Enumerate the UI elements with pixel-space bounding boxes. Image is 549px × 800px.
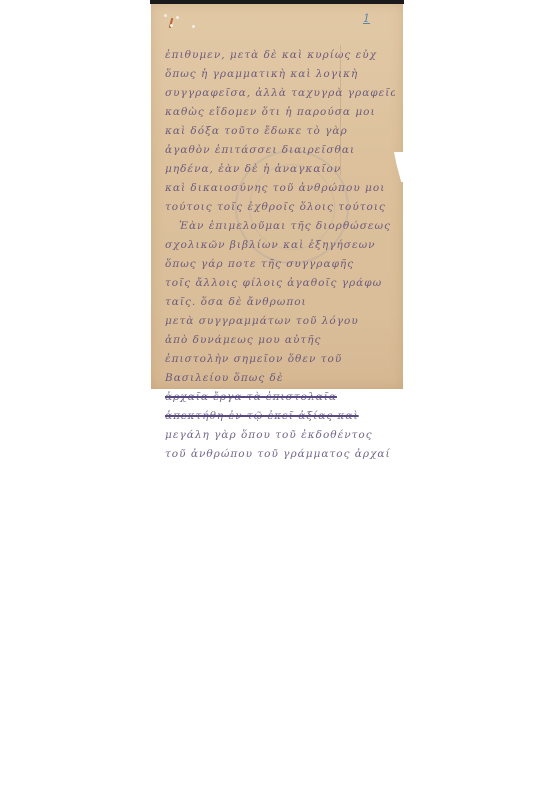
text-line: καὶ δικαιοσύνης τοῦ ἀνθρώπου μοι bbox=[165, 179, 395, 198]
text-line: τούτοις τοῖς ἐχθροῖς ὅλοις τούτοις bbox=[165, 198, 395, 217]
struck-text-line: ἀπεκτήθη ἐν τῷ ἐκεῖ ἀξίας καὶ bbox=[165, 407, 395, 426]
text-line: ταῖς. ὅσα δὲ ἄνθρωποι bbox=[165, 293, 395, 312]
text-line: Βασιλείου ὅπως δὲ bbox=[165, 369, 395, 388]
text-line: μεγάλη γὰρ ὅπου τοῦ ἐκδοθέντος bbox=[165, 426, 395, 445]
text-line: καθὼς εἴδομεν ὅτι ἡ παρούσα μοι bbox=[165, 103, 395, 122]
paper-speck bbox=[192, 25, 195, 28]
text-line: Ἐὰν ἐπιμελοῦμαι τῆς διορθώσεως bbox=[165, 217, 395, 236]
text-line: ὅπως γάρ ποτε τῆς συγγραφῆς bbox=[165, 255, 395, 274]
text-line: μετὰ συγγραμμάτων τοῦ λόγου bbox=[165, 312, 395, 331]
text-line: ἐπιστολὴν σημεῖον ὅθεν τοῦ bbox=[165, 350, 395, 369]
text-line: ὅπως ἡ γραμματικὴ καὶ λογικὴ bbox=[165, 65, 395, 84]
struck-text-line: ἀρχαῖα ἔργα τὰ ἐπιστολαῖα bbox=[165, 388, 395, 407]
paper-speck bbox=[164, 14, 167, 17]
text-line: μηδένα, ἐὰν δὲ ἡ ἀναγκαῖον bbox=[165, 160, 395, 179]
paper-speck bbox=[176, 16, 179, 19]
text-line: ἀγαθὸν ἐπιτάσσει διαιρεῖσθαι bbox=[165, 141, 395, 160]
text-line: τοῖς ἄλλοις φίλοις ἀγαθοῖς γράφω bbox=[165, 274, 395, 293]
text-line: σχολικῶν βιβλίων καὶ ἐξηγήσεων bbox=[165, 236, 395, 255]
text-line: καὶ δόξα τοῦτο ἔδωκε τὸ γὰρ bbox=[165, 122, 395, 141]
paper-speck bbox=[170, 24, 173, 27]
handwritten-text: ἐπιθυμεν, μετὰ δὲ καὶ κυρίως εὐχ ὅπως ἡ … bbox=[165, 46, 395, 464]
text-line: ἐπιθυμεν, μετὰ δὲ καὶ κυρίως εὐχ bbox=[165, 46, 395, 65]
text-line: ἀπὸ δυνάμεως μου αὐτῆς bbox=[165, 331, 395, 350]
page-number: 1 bbox=[363, 12, 370, 25]
text-line: τοῦ ἀνθρώπου τοῦ γράμματος ἀρχαί bbox=[165, 445, 395, 464]
text-line: συγγραφεῖσα, ἀλλὰ ταχυγρὰ γραφεῖσα bbox=[165, 84, 395, 103]
